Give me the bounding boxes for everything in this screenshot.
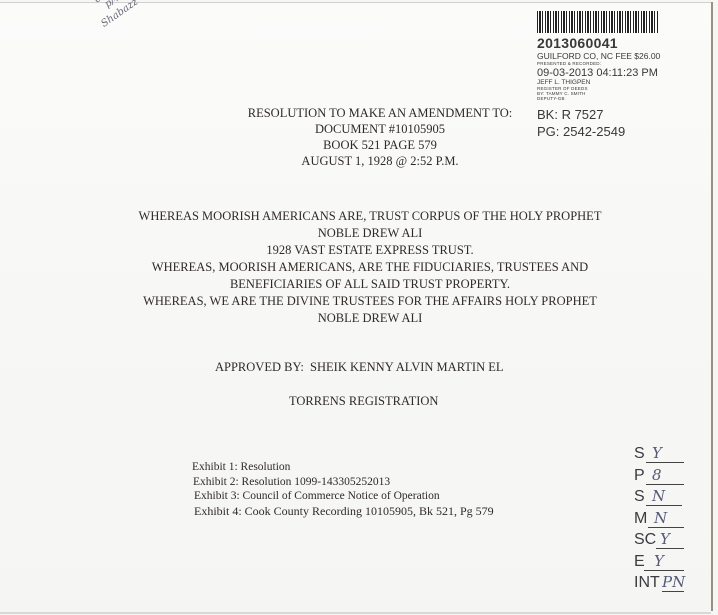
checklist-underline <box>656 548 684 549</box>
checklist-underline <box>646 505 682 506</box>
checklist-value: 8 <box>652 466 662 484</box>
whereas-clauses: WHEREAS MOORISH AMERICANS ARE, TRUST COR… <box>0 208 718 327</box>
checklist-label: S <box>634 488 645 506</box>
approved-by: APPROVED BY: SHEIK KENNY ALVIN MARTIN EL <box>215 360 504 375</box>
recorded-datetime: 09-03-2013 04:11:23 PM <box>537 67 707 79</box>
exhibit-item: Exhibit 2: Resolution 1099-143305252013 <box>193 475 494 490</box>
whereas-line: WHEREAS, MOORISH AMERICANS, ARE THE FIDU… <box>0 259 718 276</box>
checklist-label: M <box>634 510 647 528</box>
checklist-underline <box>646 484 684 485</box>
whereas-line: BENEFICIARIES OF ALL SAID TRUST PROPERTY… <box>0 276 718 293</box>
title-line: RESOLUTION TO MAKE AN AMENDMENT TO: <box>30 105 718 121</box>
checklist-value: Y <box>652 444 662 462</box>
whereas-line: 1928 VAST ESTATE EXPRESS TRUST. <box>0 242 718 259</box>
checklist-value: N <box>654 509 667 527</box>
checklist-label: SC <box>634 531 656 549</box>
checklist-underline <box>644 570 684 571</box>
registration-type: TORRENS REGISTRATION <box>289 394 438 409</box>
checklist-value: N <box>652 487 665 505</box>
county-fee: GUILFORD CO, NC FEE $26.00 <box>537 51 707 61</box>
title-line: BOOK 521 PAGE 579 <box>30 137 718 153</box>
checklist-underline <box>648 527 684 528</box>
checklist-underline <box>662 591 684 592</box>
deputy-code: DEPUTY-GB <box>537 96 707 101</box>
title-line: DOCUMENT #10105905 <box>30 121 718 137</box>
register-name: JEFF L. THIGPEN <box>537 79 707 86</box>
checklist-label: P <box>634 467 645 485</box>
exhibit-item: Exhibit 1: Resolution <box>192 460 494 475</box>
whereas-line: WHEREAS MOORISH AMERICANS ARE, TRUST COR… <box>0 208 718 225</box>
barcode-icon <box>537 11 658 33</box>
whereas-line: NOBLE DREW ALI <box>0 310 718 327</box>
title-line: AUGUST 1, 1928 @ 2:52 P.M. <box>30 153 718 169</box>
whereas-line: NOBLE DREW ALI <box>0 225 718 242</box>
checklist-value: Y <box>660 530 670 548</box>
instrument-number: 2013060041 <box>537 35 707 51</box>
exhibit-item: Exhibit 4: Cook County Recording 1010590… <box>194 504 494 519</box>
checklist-label: S <box>634 445 645 463</box>
exhibit-list: Exhibit 1: Resolution Exhibit 2: Resolut… <box>192 460 494 518</box>
document-title: RESOLUTION TO MAKE AN AMENDMENT TO: DOCU… <box>30 105 718 169</box>
checklist-underline <box>646 462 684 463</box>
exhibit-item: Exhibit 3: Council of Commerce Notice of… <box>194 489 494 504</box>
checklist-label: INT <box>634 574 660 592</box>
whereas-line: WHEREAS, WE ARE THE DIVINE TRUSTEES FOR … <box>0 293 718 310</box>
checklist-value: Y <box>654 552 664 570</box>
presented-label: PRESENTED & RECORDED: <box>537 61 707 66</box>
checklist-label: E <box>634 553 645 571</box>
checklist-value: PN <box>662 573 685 591</box>
